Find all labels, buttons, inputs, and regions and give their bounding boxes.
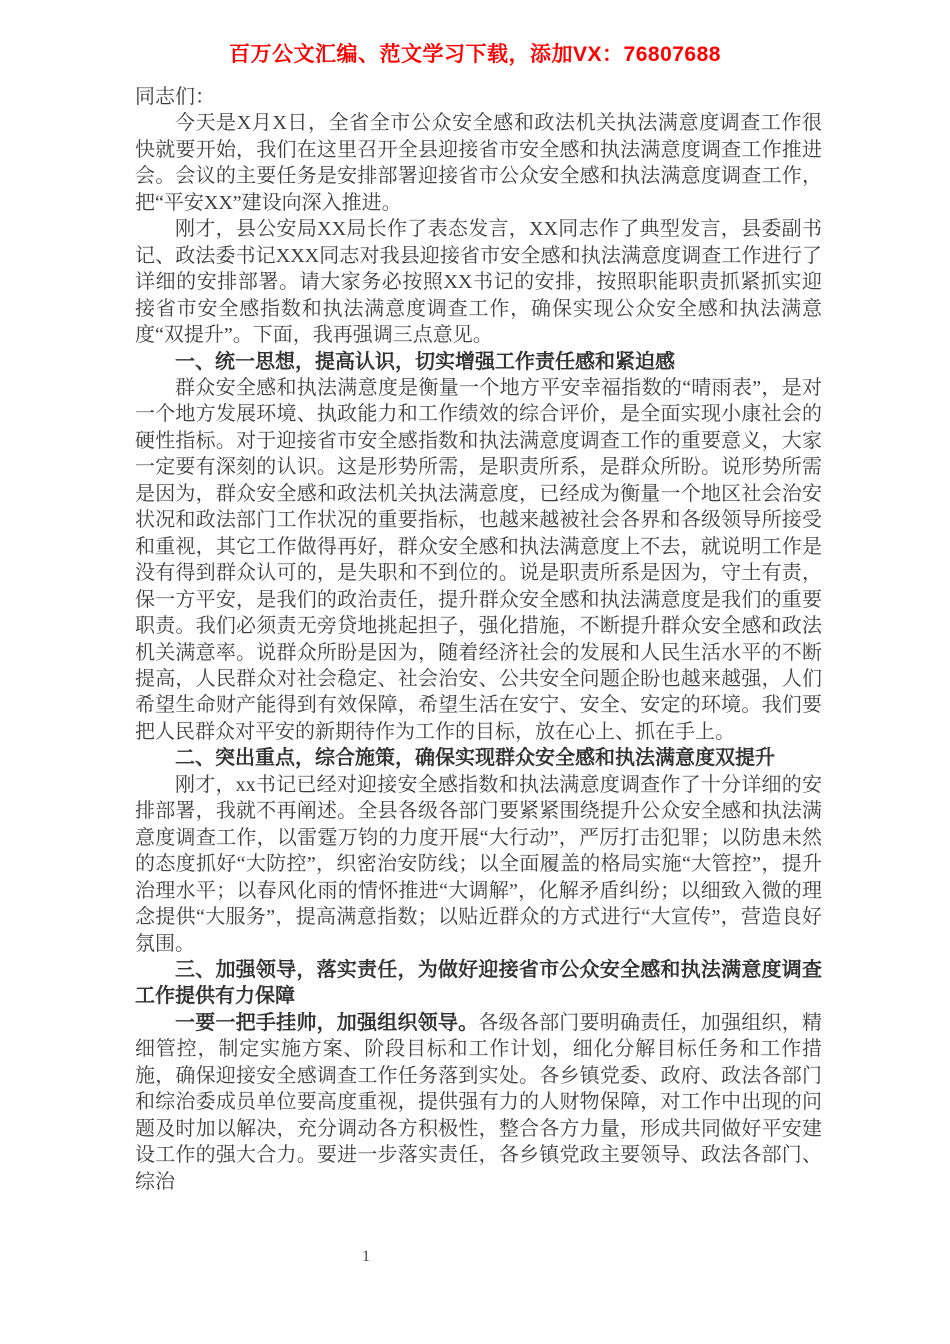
- document-body: 同志们： 今天是X月X日，全省全市公众安全感和政法机关执法满意度调查工作很快就要…: [135, 84, 822, 1195]
- section-heading-3: 三、加强领导，落实责任，为做好迎接省市公众安全感和执法满意度调查工作提供有力保障: [135, 957, 822, 1010]
- paragraph-remarks: 刚才，县公安局XX局长作了表态发言，XX同志作了典型发言，县委副书记、政法委书记…: [135, 216, 822, 348]
- paragraph-section-2: 刚才，xx书记已经对迎接安全感指数和执法满意度调查作了十分详细的安排部署，我就不…: [135, 772, 822, 957]
- document-page: 百万公文汇编、范文学习下载，添加VX：76807688 同志们： 今天是X月X日…: [0, 0, 950, 1344]
- salutation: 同志们：: [135, 84, 822, 110]
- paragraph-intro: 今天是X月X日，全省全市公众安全感和政法机关执法满意度调查工作很快就要开始，我们…: [135, 110, 822, 216]
- section-heading-2: 二、突出重点，综合施策，确保实现群众安全感和执法满意度双提升: [135, 745, 822, 771]
- promo-header-text: 百万公文汇编、范文学习下载，添加VX：76807688: [0, 42, 950, 68]
- paragraph-section-1: 群众安全感和执法满意度是衡量一个地方平安幸福指数的“晴雨表”，是对一个地方发展环…: [135, 375, 822, 745]
- paragraph-lead-rest: 各级各部门要明确责任，加强组织，精细管控，制定实施方案、阶段目标和工作计划，细化…: [135, 1012, 822, 1193]
- page-number: 1: [352, 1246, 380, 1268]
- paragraph-section-3: 一要一把手挂帅，加强组织领导。各级各部门要明确责任，加强组织，精细管控，制定实施…: [135, 1010, 822, 1195]
- section-heading-1: 一、统一思想，提高认识，切实增强工作责任感和紧迫感: [135, 349, 822, 375]
- paragraph-lead-bold: 一要一把手挂帅，加强组织领导。: [175, 1012, 478, 1034]
